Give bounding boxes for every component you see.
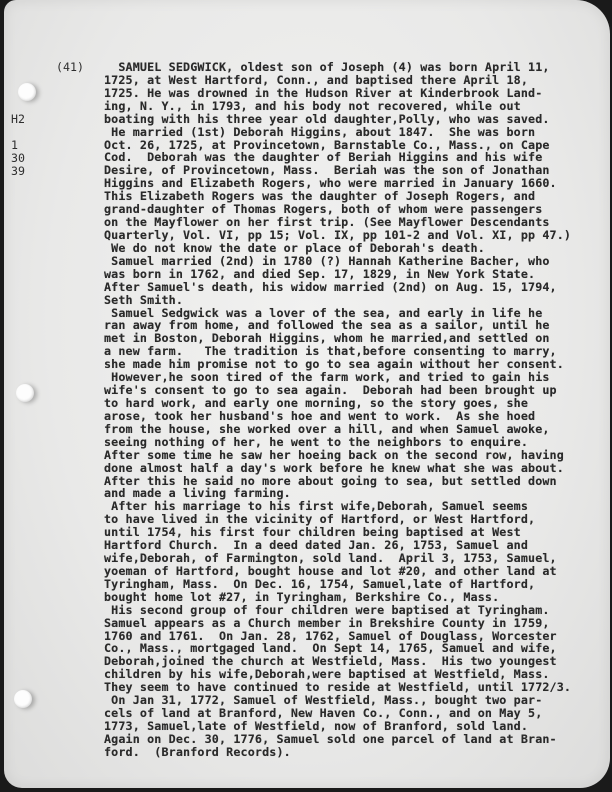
text-line: SAMUEL SEDGWICK, oldest son of Joseph (4…	[104, 61, 571, 74]
text-line: arose, took her husband's hoe and went t…	[104, 410, 571, 423]
punch-hole-top	[18, 83, 36, 101]
text-line: yoeman of Hartford, bought house and lot…	[104, 565, 571, 578]
margin-note-1: 1	[11, 139, 18, 152]
text-line: Tyringham, Mass. On Dec. 16, 1754, Samue…	[104, 578, 571, 591]
punch-hole-middle	[16, 384, 34, 402]
text-line: ford. (Branford Records).	[104, 746, 571, 759]
text-line: bought home lot #27, in Tyringham, Berks…	[104, 591, 571, 604]
typewritten-body: SAMUEL SEDGWICK, oldest son of Joseph (4…	[104, 61, 571, 759]
text-line: Samuel married (2nd) in 1780 (?) Hannah …	[104, 255, 571, 268]
text-line: to hard work, and early one morning, so …	[104, 397, 571, 410]
text-line: 1773, Samuel,late of Westfield, now of B…	[104, 720, 571, 733]
margin-note-30: 30	[11, 152, 25, 165]
text-line: After Samuel's death, his widow married …	[104, 281, 571, 294]
text-line: He married (1st) Deborah Higgins, about …	[104, 126, 571, 139]
text-line: His second group of four children were b…	[104, 604, 571, 617]
text-line: 1725. He was drowned in the Hudson River…	[104, 87, 571, 100]
text-line: from the house, she worked over a hill, …	[104, 423, 571, 436]
text-line: boating with his three year old daughter…	[104, 113, 571, 126]
margin-note-h2: H2	[11, 113, 25, 126]
text-line: We do not know the date or place of Debo…	[104, 242, 571, 255]
text-line: 1725, at West Hartford, Conn., and bapti…	[104, 74, 571, 87]
text-line: seeing nothing of her, he went to the ne…	[104, 436, 571, 449]
text-line: ing, N. Y., in 1793, and his body not re…	[104, 100, 571, 113]
margin-note-39: 39	[11, 165, 25, 178]
text-line: Quarterly, Vol. VI, pp 15; Vol. IX, pp 1…	[104, 229, 571, 242]
punch-hole-bottom	[14, 690, 32, 708]
text-line: After some time he saw her hoeing back o…	[104, 449, 571, 462]
text-line: done almost half a day's work before he …	[104, 462, 571, 475]
text-line: Samuel appears as a Church member in Bre…	[104, 617, 571, 630]
text-line: was born in 1762, and died Sep. 17, 1829…	[104, 268, 571, 281]
text-line: Seth Smith.	[104, 294, 571, 307]
entry-number: (41)	[56, 61, 84, 74]
text-line: wife,Deborah, of Farmington, sold land. …	[104, 552, 571, 565]
text-line: Again on Dec. 30, 1776, Samuel sold one …	[104, 733, 571, 746]
